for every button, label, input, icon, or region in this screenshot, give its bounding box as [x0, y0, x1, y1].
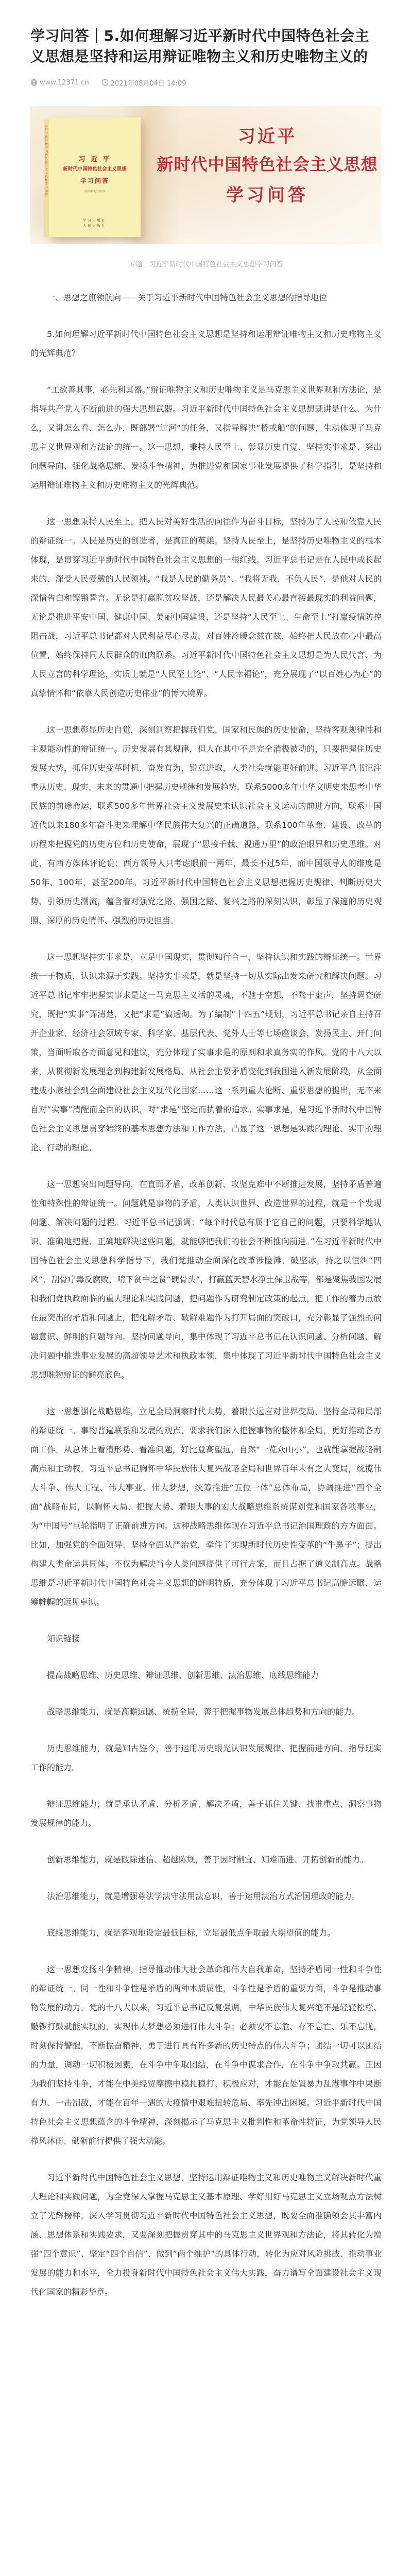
knowledge-link-title: 提高战略思维、历史思维、辩证思维、创新思维、法治思维、底线思维能力	[30, 1666, 382, 1685]
clock-icon	[101, 79, 109, 86]
article-source: www.12371.cn	[30, 79, 89, 87]
paragraph: “工欲善其事，必先利其器。”辩证唯物主义和历史唯物主义是马克思主义世界观和方法论…	[30, 380, 382, 495]
book-title-author: 习 近 平	[49, 154, 141, 163]
hero-headline: 习近平 新时代中国特色社会主义思想 学习问答	[154, 125, 381, 210]
topic-caption: 专题：习近平新时代中国特色社会主义思想学习问答	[30, 259, 382, 268]
book-title-main: 新时代中国特色社会主义思想	[49, 165, 141, 172]
question-heading: 5.如何理解习近平新时代中国特色社会主义思想是坚持和运用辩证唯物主义和历史唯物主…	[30, 325, 382, 363]
book-publisher-2: 人民出版社	[49, 224, 141, 229]
paragraph: 这一思想秉持人民至上，把人民对美好生活的向往作为奋斗目标，坚持为了人民和依靠人民…	[30, 512, 382, 703]
source-text: www.12371.cn	[40, 79, 89, 87]
book-title-sub: 学习问答	[49, 176, 141, 185]
article-body: 一、思想之旗领航向——关于习近平新时代中国特色社会主义思想的指导地位 5.如何理…	[30, 288, 382, 2301]
article-datetime: 2021年08月04日 14:09	[101, 78, 186, 88]
book-spine-text: 习近平新时代中国特色社会主义思想学习问答	[44, 125, 49, 197]
book-publishers: 学习出版社 人民出版社	[49, 218, 141, 229]
paragraph: 这一思想发扬斗争精神，指导推动伟大社会革命和伟大自我革命，坚持矛盾同一性和斗争性…	[30, 1960, 382, 2150]
paragraph: 习近平新时代中国特色社会主义思想，坚持运用辩证唯物主义和历史唯物主义解决新时代重…	[30, 2168, 382, 2301]
hero-image: 习近平新时代中国特色社会主义思想学习问答 习 近 平 新时代中国特色社会主义思想…	[30, 106, 382, 244]
knowledge-item: 法治思维能力，就是增强尊法学法守法用法意识，善于运用法治方式治国理政的能力。	[30, 1887, 382, 1906]
hero-line-author: 习近平	[154, 125, 381, 148]
book-editor: 中共中央宣传部	[49, 190, 141, 193]
article-meta: www.12371.cn 2021年08月04日 14:09	[30, 77, 382, 88]
hero-line-sub: 学习问答	[154, 180, 381, 210]
knowledge-item: 底线思维能力，就是客观地设定最低目标，立足最低点争取最大期望值的能力。	[30, 1923, 382, 1942]
book-spine: 习近平新时代中国特色社会主义思想学习问答	[44, 120, 49, 237]
knowledge-item: 战略思维能力，就是高瞻远瞩、统揽全局，善于把握事物发展总体趋势和方向的能力。	[30, 1702, 382, 1721]
globe-icon	[30, 79, 38, 86]
paragraph: 这一思想彰显历史自觉，深刻洞察把握我们党、国家和民族的历史使命，坚持客观规律性和…	[30, 720, 382, 930]
datetime-text: 2021年08月04日 14:09	[111, 78, 186, 88]
knowledge-item: 辩证思维能力，就是承认矛盾、分析矛盾、解决矛盾，善于抓住关键、找准重点、洞察事物…	[30, 1794, 382, 1833]
book-publisher-1: 学习出版社	[49, 218, 141, 224]
article-title: 学习问答｜5.如何理解习近平新时代中国特色社会主义思想是坚持和运用辩证唯物主义和…	[30, 26, 382, 67]
paragraph: 这一思想坚持实事求是，立足中国现实，贯彻知行合一，坚持认识和实践的辩证统一。世界…	[30, 947, 382, 1157]
knowledge-item: 历史思维能力，就是知古鉴今，善于运用历史眼光认识发展规律、把握前进方向、指导现实…	[30, 1739, 382, 1777]
paragraph: 这一思想强化战略思维，立足全局洞察时代大势，着眼长远应对世界变局，坚持全局和局部…	[30, 1402, 382, 1612]
knowledge-link-heading: 知识链接	[30, 1629, 382, 1648]
hero-line-main: 新时代中国特色社会主义思想	[154, 148, 381, 180]
section-heading: 一、思想之旗领航向——关于习近平新时代中国特色社会主义思想的指导地位	[30, 288, 382, 307]
paragraph: 这一思想突出问题导向，在直面矛盾、改革创新、攻坚克难中不断推进发展，坚持矛盾普遍…	[30, 1175, 382, 1384]
article-page: 学习问答｜5.如何理解习近平新时代中国特色社会主义思想是坚持和运用辩证唯物主义和…	[30, 0, 382, 2381]
book-cover-image: 习近平新时代中国特色社会主义思想学习问答 习 近 平 新时代中国特色社会主义思想…	[49, 117, 141, 237]
knowledge-item: 创新思维能力，就是破除迷信、超越陈规，善于因时制宜、知难而进、开拓创新的能力。	[30, 1850, 382, 1869]
